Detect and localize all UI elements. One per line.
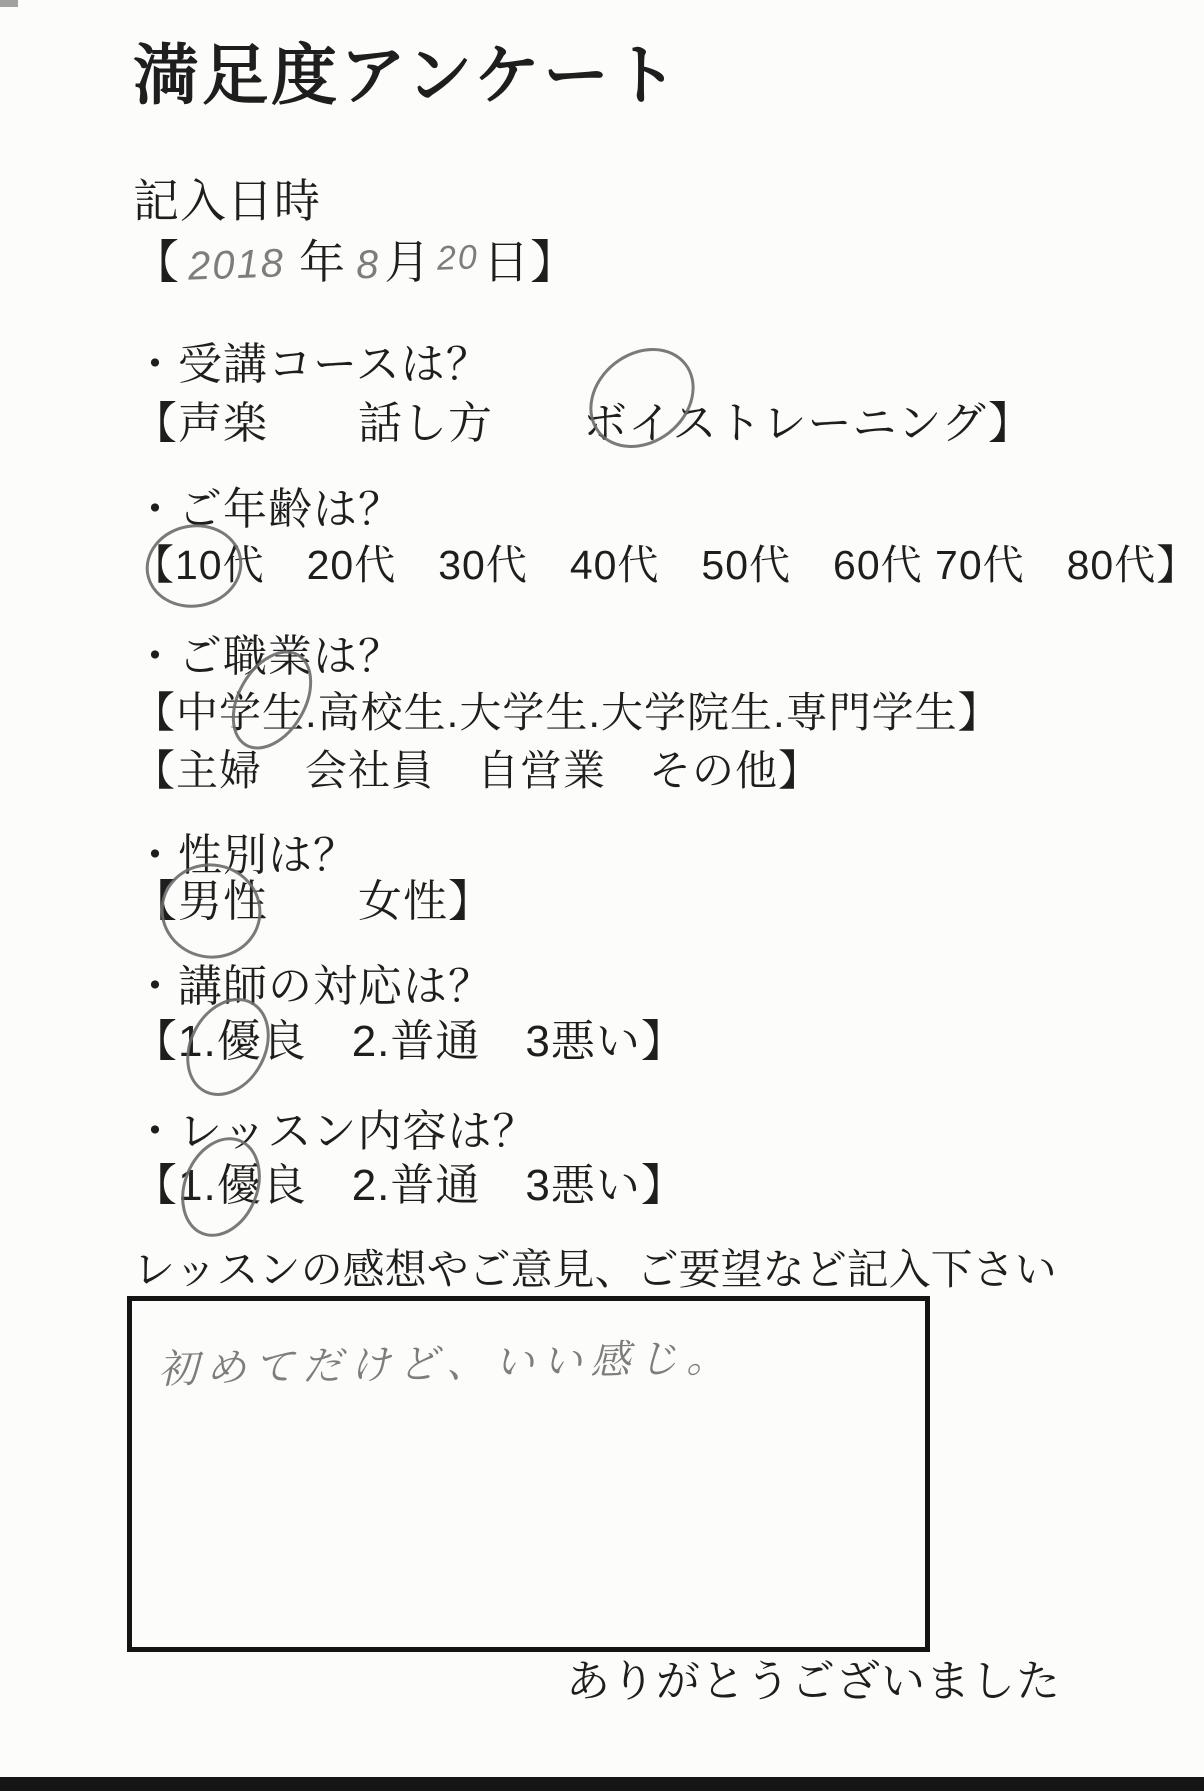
question-lesson-label: ・レッスン内容は？ xyxy=(133,1107,538,1158)
question-course-options: 【声楽 話し方 ボイストレーニング】 xyxy=(133,399,1033,450)
question-age-options: 【10代 20代 30代 40代 50代 60代 70代 80代】 xyxy=(133,542,1198,589)
question-instructor-label: ・講師の対応は？ xyxy=(133,962,493,1013)
question-gender-label: ・性別は？ xyxy=(133,831,358,882)
question-occupation-options-students: 【中学生.高校生.大学生.大学院生.専門学生】 xyxy=(133,689,1001,737)
scan-edge-artifact-top-left xyxy=(0,0,18,7)
question-lesson-options: 【1.優良 2.普通 3悪い】 xyxy=(133,1161,686,1212)
question-instructor-options: 【1.優良 2.普通 3悪い】 xyxy=(133,1017,686,1068)
question-occupation-label: ・ご職業は？ xyxy=(133,632,403,683)
date-bracket-close: 】 xyxy=(530,236,577,288)
date-bracket-open: 【 xyxy=(133,236,180,288)
question-age-label: ・ご年齢は？ xyxy=(133,485,403,536)
date-year-unit: 年 xyxy=(299,236,346,288)
scan-edge-artifact-bottom xyxy=(0,1777,1204,1791)
comment-prompt: レッスンの感想やご意見、ご要望など記入下さい xyxy=(133,1246,1057,1294)
thanks-text: ありがとうございました xyxy=(566,1657,1061,1708)
date-section-label: 記入日時 xyxy=(133,175,321,228)
handwritten-day-value: 20 xyxy=(437,238,480,279)
scanned-survey-page: 満足度アンケート 記入日時 【2018年8月20日】 ・受講コースは？ 【声楽 … xyxy=(0,0,1204,1791)
question-course-label: ・受講コースは？ xyxy=(133,340,491,391)
date-day-unit: 日 xyxy=(483,236,530,288)
date-line: 【2018年8月20日】 xyxy=(133,236,577,289)
date-month-unit: 月 xyxy=(384,236,431,288)
handwritten-comment: 初めてだけど、いい感じ。 xyxy=(157,1326,734,1395)
page-title: 満足度アンケート xyxy=(133,38,681,114)
question-gender-options: 【男性 女性】 xyxy=(133,877,493,928)
handwritten-year-value: 2018 xyxy=(187,240,286,289)
question-occupation-options-adults: 【主婦 会社員 自営業 その他】 xyxy=(133,747,821,795)
handwritten-month-value: 8 xyxy=(355,241,382,288)
